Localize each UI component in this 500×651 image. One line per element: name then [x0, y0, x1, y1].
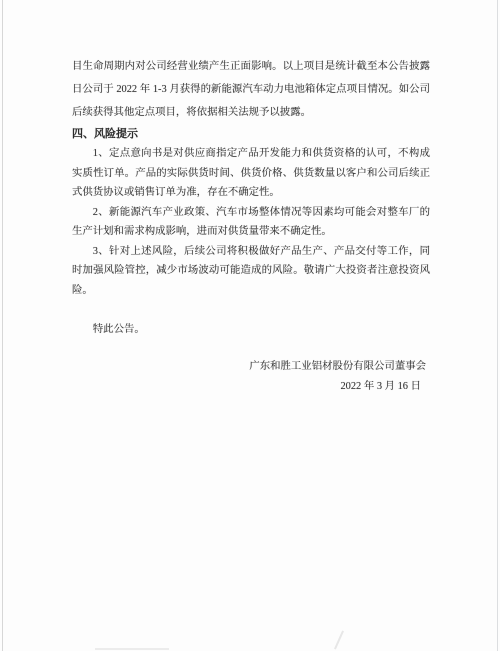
- scan-artifact-bottom-smudge: [95, 648, 169, 650]
- document-content: 目生命周期内对公司经营业绩产生正面影响。以上项目是统计截至本公告披露日公司于 2…: [72, 55, 430, 397]
- page-edge-left-line: [2, 0, 3, 651]
- scan-artifact-diagonal-mark: [334, 630, 344, 649]
- intro-continuation-paragraph: 目生命周期内对公司经营业绩产生正面影响。以上项目是统计截至本公告披露日公司于 2…: [72, 55, 430, 124]
- signature-company-name: 广东和胜工业铝材股份有限公司董事会: [72, 357, 430, 377]
- section-heading-risk-notice: 四、风险提示: [72, 124, 430, 144]
- risk-item-3: 3、针对上述风险，后续公司将积极做好产品生产、产品交付等工作，同时加强风险管控，…: [72, 242, 430, 301]
- scanned-announcement-page: 目生命周期内对公司经营业绩产生正面影响。以上项目是统计截至本公告披露日公司于 2…: [0, 0, 500, 651]
- page-edge-right-line: [497, 0, 498, 651]
- signature-block: 广东和胜工业铝材股份有限公司董事会 2022 年 3 月 16 日: [72, 357, 430, 397]
- signature-date: 2022 年 3 月 16 日: [72, 377, 430, 397]
- risk-item-2: 2、新能源汽车产业政策、汽车市场整体情况等因素均可能会对整车厂的生产计划和需求构…: [72, 203, 430, 242]
- closing-statement: 特此公告。: [72, 320, 430, 340]
- risk-item-1: 1、定点意向书是对供应商指定产品开发能力和供货资格的认可，不构成实质性订单。产品…: [72, 144, 430, 203]
